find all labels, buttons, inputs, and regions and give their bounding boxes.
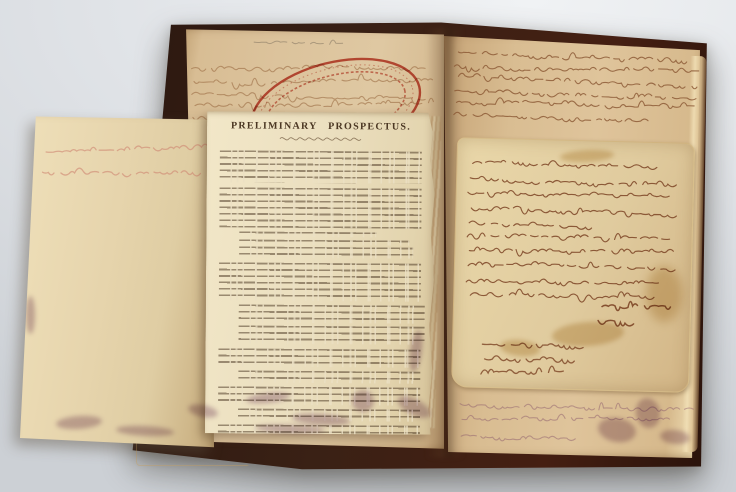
pasted-handwritten-note	[451, 137, 695, 393]
left-book-page	[184, 26, 444, 450]
photo-open-manuscript-book: PRELIMINARY PROSPECTUS.	[0, 0, 736, 492]
